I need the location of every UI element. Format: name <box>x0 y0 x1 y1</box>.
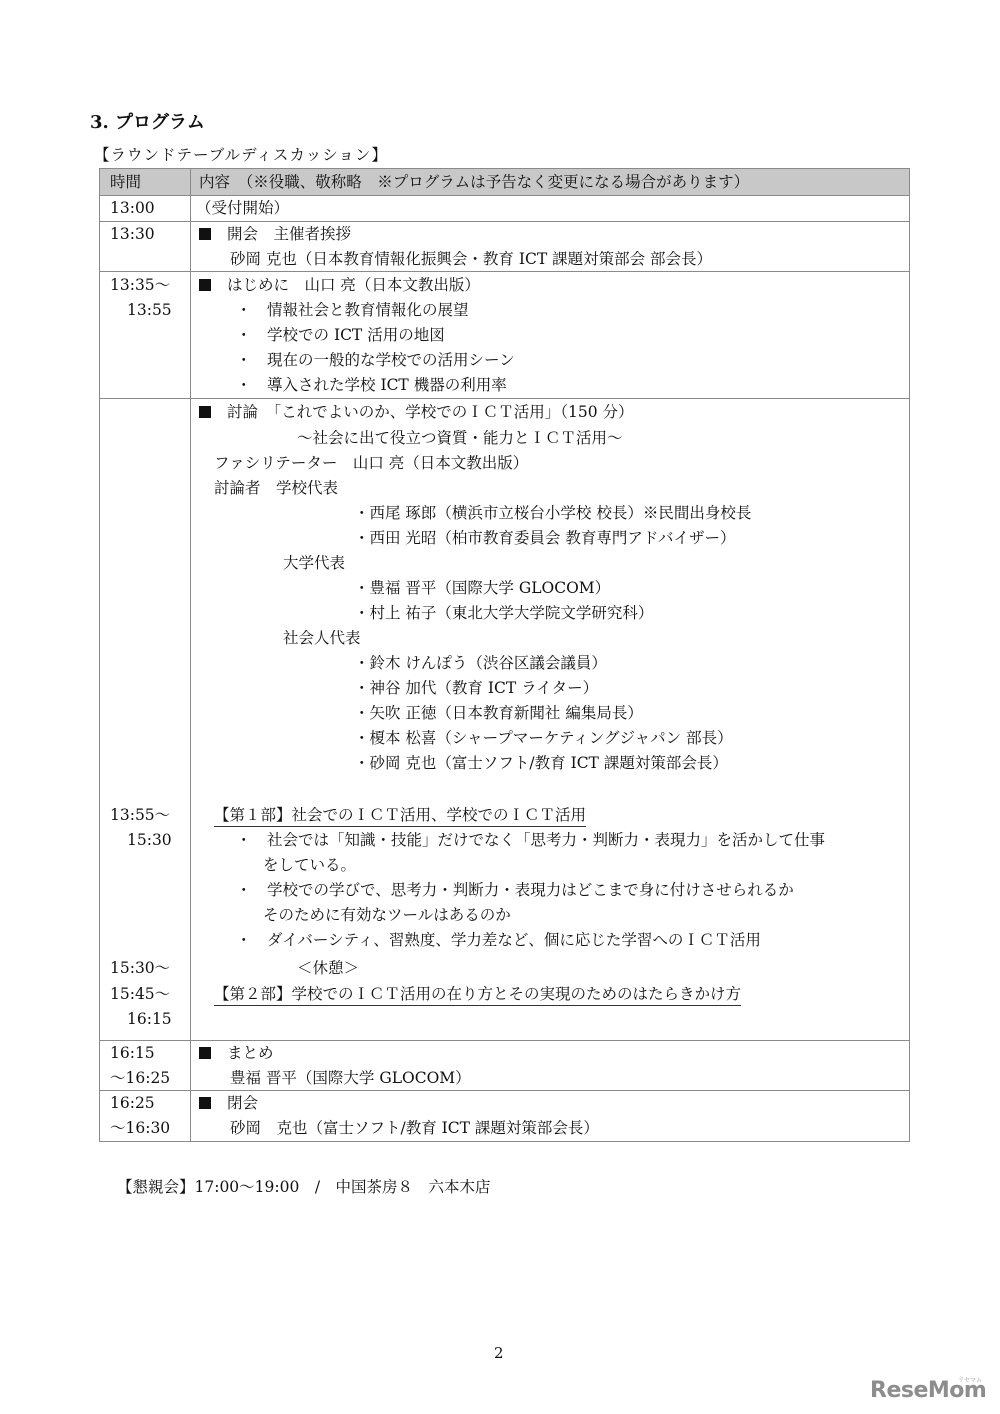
heading-text: まとめ <box>227 1044 274 1062</box>
row-time: 16:15 <box>110 1043 155 1063</box>
row-text: 砂岡 克也（富士ソフト/教育 ICT 課題対策部会長） <box>230 1118 599 1138</box>
row-time: 15:45〜 <box>110 984 170 1004</box>
list-item: ・ 現在の一般的な学校での活用シーン <box>236 350 515 370</box>
facilitator: ファシリテーター 山口 亮（日本文教出版） <box>214 453 528 473</box>
row-time: 15:30〜 <box>110 958 170 978</box>
panelist: ・豊福 晋平（国際大学 GLOCOM） <box>354 578 610 598</box>
row-text: 砂岡 克也（日本教育情報化振興会・教育 ICT 課題対策部会 部会長） <box>230 249 712 269</box>
part2-title: 【第２部】学校でのＩＣＴ活用の在り方とその実現のためのはたらきかけ方 <box>214 984 741 1004</box>
row-time: 13:00 <box>110 198 155 218</box>
square-bullet-icon <box>199 406 211 418</box>
row-time: 16:15 <box>127 1009 172 1029</box>
row-divider <box>99 398 910 399</box>
row-time: 15:30 <box>127 830 172 850</box>
heading-text: 閉会 <box>227 1094 258 1112</box>
heading-text: はじめに 山口 亮（日本文教出版） <box>227 276 480 294</box>
list-item: ・ 導入された学校 ICT 機器の利用率 <box>236 375 507 395</box>
section-subtitle: 【ラウンドテーブルディスカッション】 <box>94 143 388 165</box>
row-text: 豊福 晋平（国際大学 GLOCOM） <box>230 1068 471 1088</box>
row-heading: まとめ <box>199 1043 274 1063</box>
panelist: ・神谷 加代（教育 ICT ライター） <box>354 678 598 698</box>
list-item: ・ 学校での ICT 活用の地図 <box>236 325 445 345</box>
row-divider <box>99 271 910 272</box>
square-bullet-icon <box>199 1047 211 1059</box>
heading-text: 開会 主催者挨拶 <box>227 225 351 243</box>
list-item-cont: をしている。 <box>263 855 356 875</box>
row-heading: はじめに 山口 亮（日本文教出版） <box>199 275 480 295</box>
group-label: 大学代表 <box>283 553 345 573</box>
panelist: ・西田 光昭（柏市教育委員会 教育専門アドバイザー） <box>354 528 736 548</box>
row-divider <box>99 1090 910 1091</box>
page-number: 2 <box>494 1344 504 1362</box>
row-time: 13:55〜 <box>110 805 170 825</box>
row-time: 16:25 <box>110 1093 155 1113</box>
list-item: ・ ダイバーシティ、習熟度、学力差など、個に応じた学習へのＩＣＴ活用 <box>236 930 761 950</box>
row-text: （受付開始） <box>196 198 289 218</box>
row-time: 13:35〜 <box>110 275 170 295</box>
panel-label: 討論者 学校代表 <box>214 478 338 498</box>
row-time: 〜16:30 <box>110 1118 170 1138</box>
row-heading: 開会 主催者挨拶 <box>199 224 351 244</box>
discussion-subheading: 〜社会に出て役立つ資質・能力とＩＣＴ活用〜 <box>297 428 623 448</box>
square-bullet-icon <box>199 228 211 240</box>
row-time: 〜16:25 <box>110 1068 170 1088</box>
panelist: ・砂岡 克也（富士ソフト/教育 ICT 課題対策部会長） <box>354 753 728 773</box>
list-item: ・ 学校での学びで、思考力・判断力・表現力はどこまで身に付けさせられるか <box>236 880 794 900</box>
row-divider <box>99 1040 910 1041</box>
row-heading: 閉会 <box>199 1093 258 1113</box>
header-content: 内容 （※役職、敬称略 ※プログラムは予告なく変更になる場合があります） <box>199 172 749 192</box>
panelist: ・村上 祐子（東北大学大学院文学研究科） <box>354 603 653 623</box>
list-item: ・ 情報社会と教育情報化の展望 <box>236 300 469 320</box>
reception-info: 【懇親会】17:00〜19:00 / 中国茶房８ 六本木店 <box>117 1177 491 1197</box>
row-divider <box>99 221 910 222</box>
row-divider <box>99 195 910 196</box>
square-bullet-icon <box>199 1097 211 1109</box>
break-label: ＜休憩＞ <box>297 958 359 978</box>
resemom-logo: ReseMom <box>870 1378 986 1403</box>
panelist: ・西尾 琢郎（横浜市立桜台小学校 校長）※民間出身校長 <box>354 503 751 523</box>
square-bullet-icon <box>199 279 211 291</box>
list-item: ・ 社会では「知識・技能」だけでなく「思考力・判断力・表現力」を活かして仕事 <box>236 830 825 850</box>
header-time: 時間 <box>110 172 141 192</box>
column-divider <box>190 168 191 1141</box>
panelist: ・榎本 松喜（シャープマーケティングジャパン 部長） <box>354 728 733 748</box>
section-title: 3. プログラム <box>90 108 205 134</box>
row-time: 13:55 <box>127 300 172 320</box>
row-heading: 討論 「これでよいのか、学校でのＩＣＴ活用」（150 分） <box>199 402 634 422</box>
row-time: 13:30 <box>110 224 155 244</box>
heading-text: 討論 「これでよいのか、学校でのＩＣＴ活用」（150 分） <box>227 403 634 421</box>
panelist: ・鈴木 けんぽう（渋谷区議会議員） <box>354 653 607 673</box>
list-item-cont: そのために有効なツールはあるのか <box>263 905 511 925</box>
group-label: 社会人代表 <box>283 628 361 648</box>
part1-title: 【第１部】社会でのＩＣＴ活用、学校でのＩＣＴ活用 <box>214 805 586 825</box>
panelist: ・矢吹 正徳（日本教育新聞社 編集局長） <box>354 703 643 723</box>
